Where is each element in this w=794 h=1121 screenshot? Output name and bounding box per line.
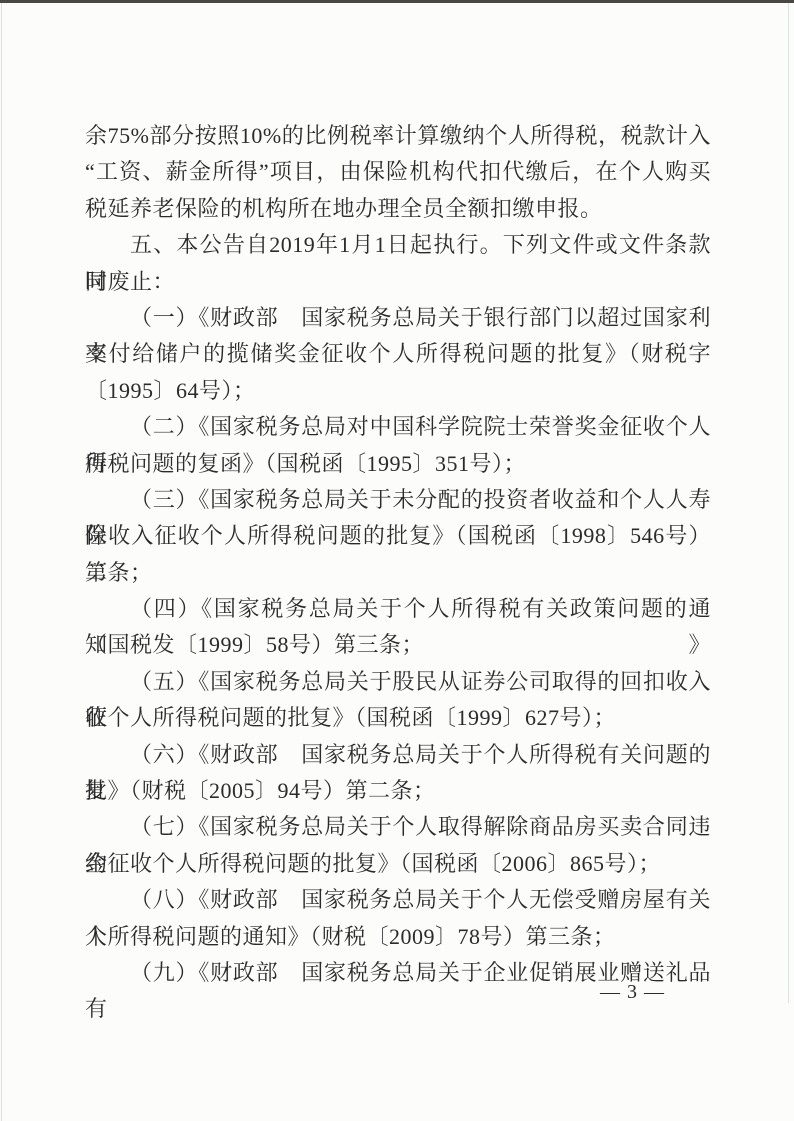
text-line: 时废止： [85,264,711,300]
text-line: 五、本公告自2019年1月1日起执行。下列文件或文件条款同 [85,227,711,263]
scan-edge-right [788,3,789,1003]
text-line: （七）《国家税务总局关于个人取得解除商品房买卖合同违约 [85,809,711,845]
text-line: （八）《财政部 国家税务总局关于个人无偿受赠房屋有关个 [85,882,711,918]
scan-edge-left [1,3,2,1121]
text-line: 复》（财税〔2005〕94号）第二条； [85,773,711,809]
text-line: 〔1995〕64号）； [85,373,711,409]
text-line: 二条； [85,555,711,591]
scan-edge-top [0,0,794,3]
document-page: 余75%部分按照10%的比例税率计算缴纳个人所得税，税款计入“工资、薪金所得”项… [0,0,794,1121]
text-line: “工资、薪金所得”项目，由保险机构代扣代缴后，在个人购买 [85,154,711,190]
text-line: （三）《国家税务总局关于未分配的投资者收益和个人人寿保 [85,482,711,518]
text-line: （一）《财政部 国家税务总局关于银行部门以超过国家利率 [85,300,711,336]
text-line: 人所得税问题的通知》（财税〔2009〕78号）第三条； [85,919,711,955]
document-body: 余75%部分按照10%的比例税率计算缴纳个人所得税，税款计入“工资、薪金所得”项… [85,118,711,991]
text-line: （五）《国家税务总局关于股民从证券公司取得的回扣收入征 [85,664,711,700]
text-line: 得税问题的复函》（国税函〔1995〕351号）； [85,446,711,482]
text-line: 险收入征收个人所得税问题的批复》（国税函〔1998〕546号）第 [85,518,711,554]
text-line: 税延养老保险的机构所在地办理全员全额扣缴申报。 [85,191,711,227]
page-number: — 3 — [585,980,680,1004]
text-line: （六）《财政部 国家税务总局关于个人所得税有关问题的批 [85,737,711,773]
text-line: （二）《国家税务总局对中国科学院院士荣誉奖金征收个人所 [85,409,711,445]
text-line: （四）《国家税务总局关于个人所得税有关政策问题的通知》 [85,591,711,627]
text-line: 收个人所得税问题的批复》（国税函〔1999〕627号）； [85,700,711,736]
text-line: 金征收个人所得税问题的批复》（国税函〔2006〕865号）； [85,846,711,882]
text-line: 余75%部分按照10%的比例税率计算缴纳个人所得税，税款计入 [85,118,711,154]
text-line: 支付给储户的揽储奖金征收个人所得税问题的批复》（财税字 [85,336,711,372]
